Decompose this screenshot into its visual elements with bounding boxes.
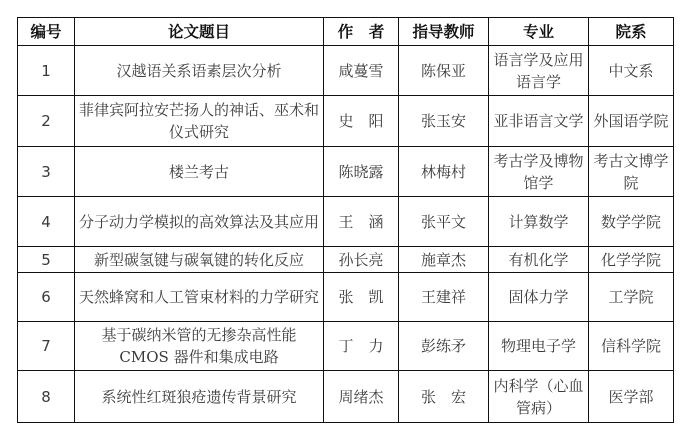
cell-num: 3	[18, 147, 75, 197]
cell-major: 固体力学	[489, 273, 589, 322]
cell-major: 计算数学	[489, 197, 589, 247]
thesis-table: 编号 论文题目 作 者 指导教师 专业 院系 1 汉越语关系语素层次分析 咸蔓雪…	[17, 17, 674, 423]
cell-major: 语言学及应用语言学	[489, 46, 589, 96]
cell-advisor: 林梅村	[399, 147, 489, 197]
cell-major: 有机化学	[489, 247, 589, 273]
cell-dept: 工学院	[589, 273, 674, 322]
table-row: 8 系统性红斑狼疮遗传背景研究 周绪杰 张 宏 内科学（心血管病） 医学部	[18, 371, 674, 423]
header-row: 编号 论文题目 作 者 指导教师 专业 院系	[18, 18, 674, 46]
cell-title: 楼兰考古	[75, 147, 324, 197]
header-title: 论文题目	[75, 18, 324, 46]
cell-author: 史 阳	[324, 96, 399, 147]
cell-author: 陈晓露	[324, 147, 399, 197]
cell-num: 6	[18, 273, 75, 322]
cell-title: 汉越语关系语素层次分析	[75, 46, 324, 96]
cell-title: 新型碳氢键与碳氧键的转化反应	[75, 247, 324, 273]
cell-dept: 信科学院	[589, 322, 674, 371]
cell-advisor: 王建祥	[399, 273, 489, 322]
cell-num: 5	[18, 247, 75, 273]
table-row: 4 分子动力学模拟的高效算法及其应用 王 涵 张平文 计算数学 数学学院	[18, 197, 674, 247]
table-row: 6 天然蜂窝和人工管束材料的力学研究 张 凯 王建祥 固体力学 工学院	[18, 273, 674, 322]
cell-advisor: 彭练矛	[399, 322, 489, 371]
cell-advisor: 陈保亚	[399, 46, 489, 96]
cell-title: 系统性红斑狼疮遗传背景研究	[75, 371, 324, 423]
cell-author: 咸蔓雪	[324, 46, 399, 96]
cell-advisor: 张玉安	[399, 96, 489, 147]
cell-num: 7	[18, 322, 75, 371]
cell-dept: 中文系	[589, 46, 674, 96]
cell-major: 物理电子学	[489, 322, 589, 371]
header-advisor: 指导教师	[399, 18, 489, 46]
cell-author: 张 凯	[324, 273, 399, 322]
table-row: 3 楼兰考古 陈晓露 林梅村 考古学及博物馆学 考古文博学院	[18, 147, 674, 197]
cell-dept: 考古文博学院	[589, 147, 674, 197]
cell-dept: 数学学院	[589, 197, 674, 247]
header-num: 编号	[18, 18, 75, 46]
cell-num: 8	[18, 371, 75, 423]
cell-title: 基于碳纳米管的无掺杂高性能CMOS 器件和集成电路	[75, 322, 324, 371]
cell-author: 周绪杰	[324, 371, 399, 423]
cell-title: 菲律宾阿拉安芒扬人的神话、巫术和仪式研究	[75, 96, 324, 147]
cell-author: 孙长亮	[324, 247, 399, 273]
cell-title: 天然蜂窝和人工管束材料的力学研究	[75, 273, 324, 322]
table-row: 1 汉越语关系语素层次分析 咸蔓雪 陈保亚 语言学及应用语言学 中文系	[18, 46, 674, 96]
cell-author: 王 涵	[324, 197, 399, 247]
cell-dept: 外国语学院	[589, 96, 674, 147]
cell-num: 1	[18, 46, 75, 96]
header-author: 作 者	[324, 18, 399, 46]
cell-num: 2	[18, 96, 75, 147]
header-major: 专业	[489, 18, 589, 46]
cell-advisor: 张 宏	[399, 371, 489, 423]
cell-num: 4	[18, 197, 75, 247]
cell-dept: 化学学院	[589, 247, 674, 273]
cell-author: 丁 力	[324, 322, 399, 371]
cell-dept: 医学部	[589, 371, 674, 423]
table-row: 7 基于碳纳米管的无掺杂高性能CMOS 器件和集成电路 丁 力 彭练矛 物理电子…	[18, 322, 674, 371]
cell-title: 分子动力学模拟的高效算法及其应用	[75, 197, 324, 247]
header-dept: 院系	[589, 18, 674, 46]
table-row: 5 新型碳氢键与碳氧键的转化反应 孙长亮 施章杰 有机化学 化学学院	[18, 247, 674, 273]
cell-advisor: 施章杰	[399, 247, 489, 273]
cell-major: 内科学（心血管病）	[489, 371, 589, 423]
cell-advisor: 张平文	[399, 197, 489, 247]
table-row: 2 菲律宾阿拉安芒扬人的神话、巫术和仪式研究 史 阳 张玉安 亚非语言文学 外国…	[18, 96, 674, 147]
cell-major: 亚非语言文学	[489, 96, 589, 147]
cell-major: 考古学及博物馆学	[489, 147, 589, 197]
